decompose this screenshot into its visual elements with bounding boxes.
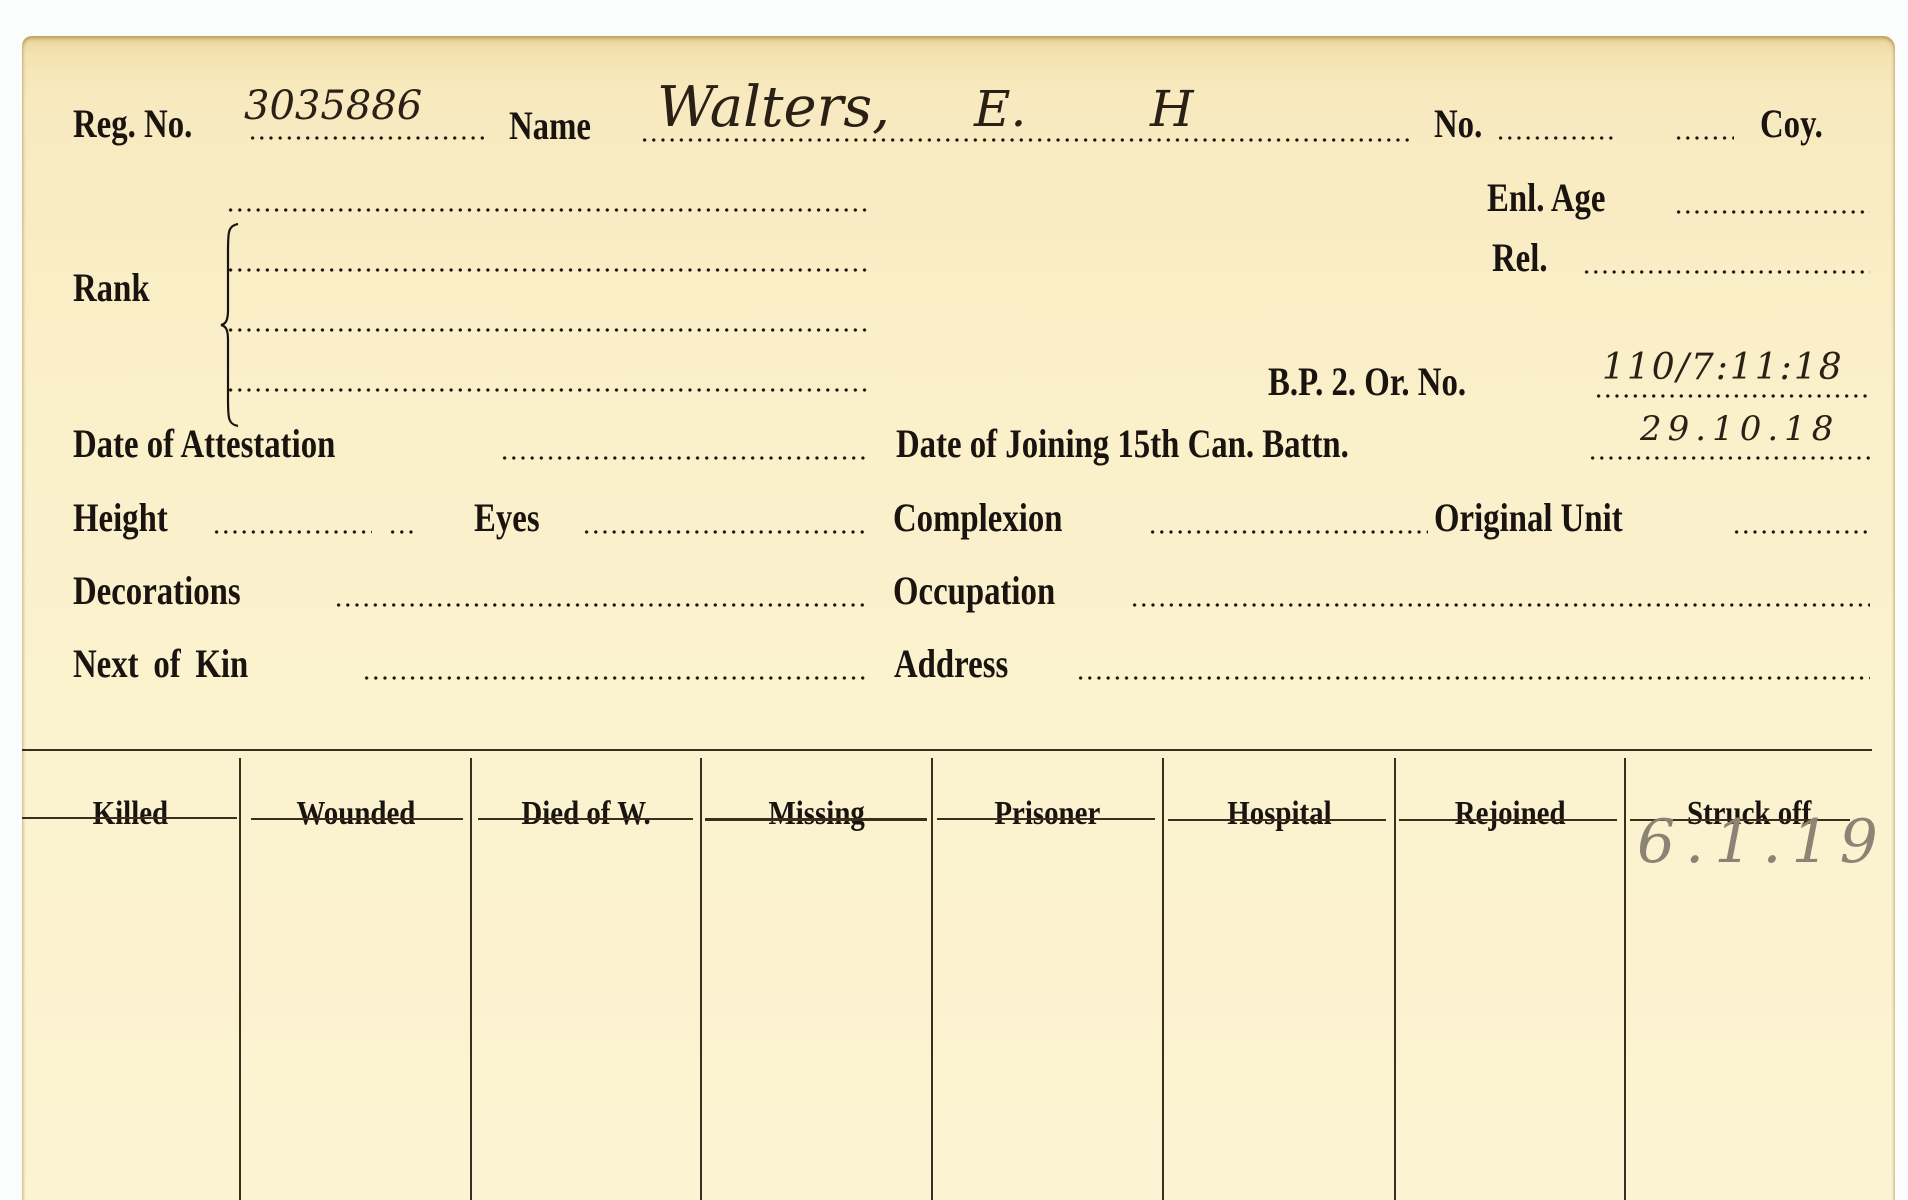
next-of-kin-dotted-line[interactable] xyxy=(362,676,868,680)
address-label: Address xyxy=(894,644,1008,684)
rank-line-3[interactable] xyxy=(226,328,868,332)
enl-age-dotted-line xyxy=(1674,210,1870,214)
no-dotted-line xyxy=(1496,136,1616,140)
reg-no-value[interactable]: 3035886 xyxy=(244,86,422,126)
height-dotted-line-extra xyxy=(388,530,418,534)
date-of-joining-label: Date of Joining 15th Can. Battn. xyxy=(896,424,1349,464)
address-dotted-line[interactable] xyxy=(1076,676,1870,680)
enl-age-label: Enl. Age xyxy=(1487,178,1605,218)
coy-label: Coy. xyxy=(1760,104,1823,144)
decorations-label: Decorations xyxy=(73,571,241,611)
original-unit-dotted-line[interactable] xyxy=(1732,530,1870,534)
original-unit-label: Original Unit xyxy=(1434,498,1623,538)
height-dotted-line[interactable] xyxy=(212,530,372,534)
complexion-label: Complexion xyxy=(893,498,1062,538)
eyes-label: Eyes xyxy=(474,498,540,538)
occupation-label: Occupation xyxy=(893,571,1055,611)
rel-dotted-line xyxy=(1582,270,1870,274)
rank-line-4[interactable] xyxy=(226,388,868,392)
service-record-card: Reg. No. 3035886 Name Walters, E. H No. … xyxy=(22,36,1895,1200)
date-of-attestation-dotted-line[interactable] xyxy=(500,456,868,460)
column-header-wounded: Wounded xyxy=(241,794,470,834)
date-of-attestation-label: Date of Attestation xyxy=(73,424,335,464)
column-header-died-of-wounds: Died of W. xyxy=(472,794,700,834)
column-header-killed: Killed xyxy=(22,794,239,834)
complexion-dotted-line[interactable] xyxy=(1148,530,1428,534)
name-label: Name xyxy=(509,106,591,146)
next-of-kin-label: Next of Kin xyxy=(73,644,248,684)
table-top-rule xyxy=(22,749,1872,751)
name-surname[interactable]: Walters, xyxy=(657,80,890,136)
header-underline xyxy=(705,818,927,821)
eyes-dotted-line[interactable] xyxy=(582,530,868,534)
cell-struck-off[interactable]: 6.1.19 xyxy=(1637,812,1888,872)
column-header-hospital: Hospital xyxy=(1164,794,1394,834)
rank-line-2[interactable] xyxy=(226,268,868,272)
occupation-dotted-line[interactable] xyxy=(1130,603,1870,607)
name-initial-2[interactable]: H xyxy=(1150,84,1194,134)
header-underline xyxy=(251,818,463,820)
coy-dotted-line xyxy=(1674,136,1734,140)
column-header-prisoner: Prisoner xyxy=(933,794,1162,834)
bp2-dotted-line xyxy=(1594,394,1870,398)
header-underline xyxy=(478,818,693,820)
reg-no-label: Reg. No. xyxy=(73,104,192,144)
header-underline xyxy=(937,818,1155,820)
column-header-missing: Missing xyxy=(702,794,931,834)
rank-label: Rank xyxy=(73,268,150,308)
header-underline xyxy=(22,817,237,819)
header-underline xyxy=(1168,819,1386,821)
rank-brace-icon xyxy=(220,222,240,428)
height-label: Height xyxy=(73,498,168,538)
date-of-joining-value[interactable]: 29.10.18 xyxy=(1640,412,1839,446)
reg-no-dotted-line xyxy=(248,136,488,140)
no-label: No. xyxy=(1434,104,1482,144)
decorations-dotted-line[interactable] xyxy=(334,603,868,607)
bp2-or-no-value[interactable]: 110/7:11:18 xyxy=(1602,350,1844,386)
rel-label: Rel. xyxy=(1492,238,1548,278)
date-of-joining-dotted-line xyxy=(1588,456,1870,460)
column-header-rejoined: Rejoined xyxy=(1396,794,1624,834)
name-initial-1[interactable]: E. xyxy=(974,84,1026,134)
rank-line-1[interactable] xyxy=(226,208,868,212)
bp2-or-no-label: B.P. 2. Or. No. xyxy=(1268,362,1466,402)
header-underline xyxy=(1399,819,1617,821)
